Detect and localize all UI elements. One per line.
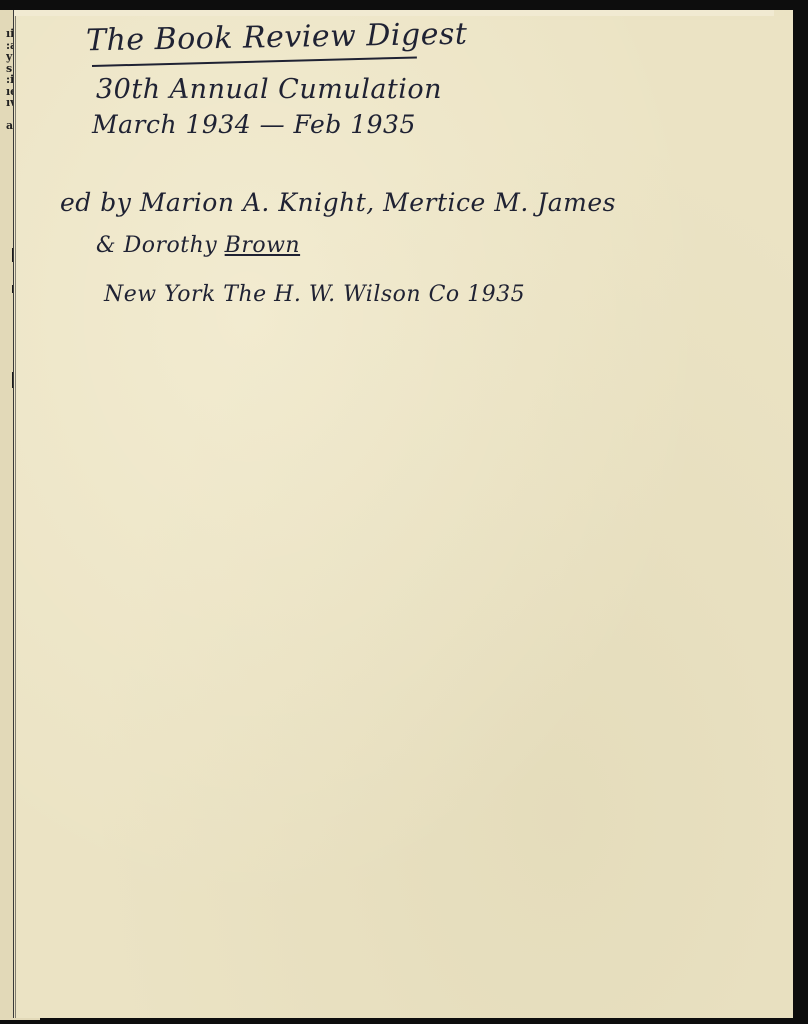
paper-top-edge: [14, 10, 774, 16]
editors-line-2-prefix: & Dorothy: [96, 233, 225, 258]
handwritten-edition: 30th Annual Cumulation: [96, 74, 442, 105]
handwritten-title: The Book Review Digest: [86, 17, 468, 59]
paper-sheet: [14, 10, 793, 1018]
handwritten-imprint: New York The H. W. Wilson Co 1935: [104, 282, 525, 307]
handwritten-editors-line-1: ed by Marion A. Knight, Mertice M. James: [60, 188, 616, 217]
handwritten-date-range: March 1934 — Feb 1935: [92, 110, 416, 139]
editors-line-2-underlined-name: Brown: [225, 233, 300, 258]
scanned-document-scene: ıig :aı y- s \ :io ıe ıv aı The Book Rev…: [0, 0, 808, 1024]
handwritten-editors-line-2: & Dorothy Brown: [96, 233, 300, 258]
